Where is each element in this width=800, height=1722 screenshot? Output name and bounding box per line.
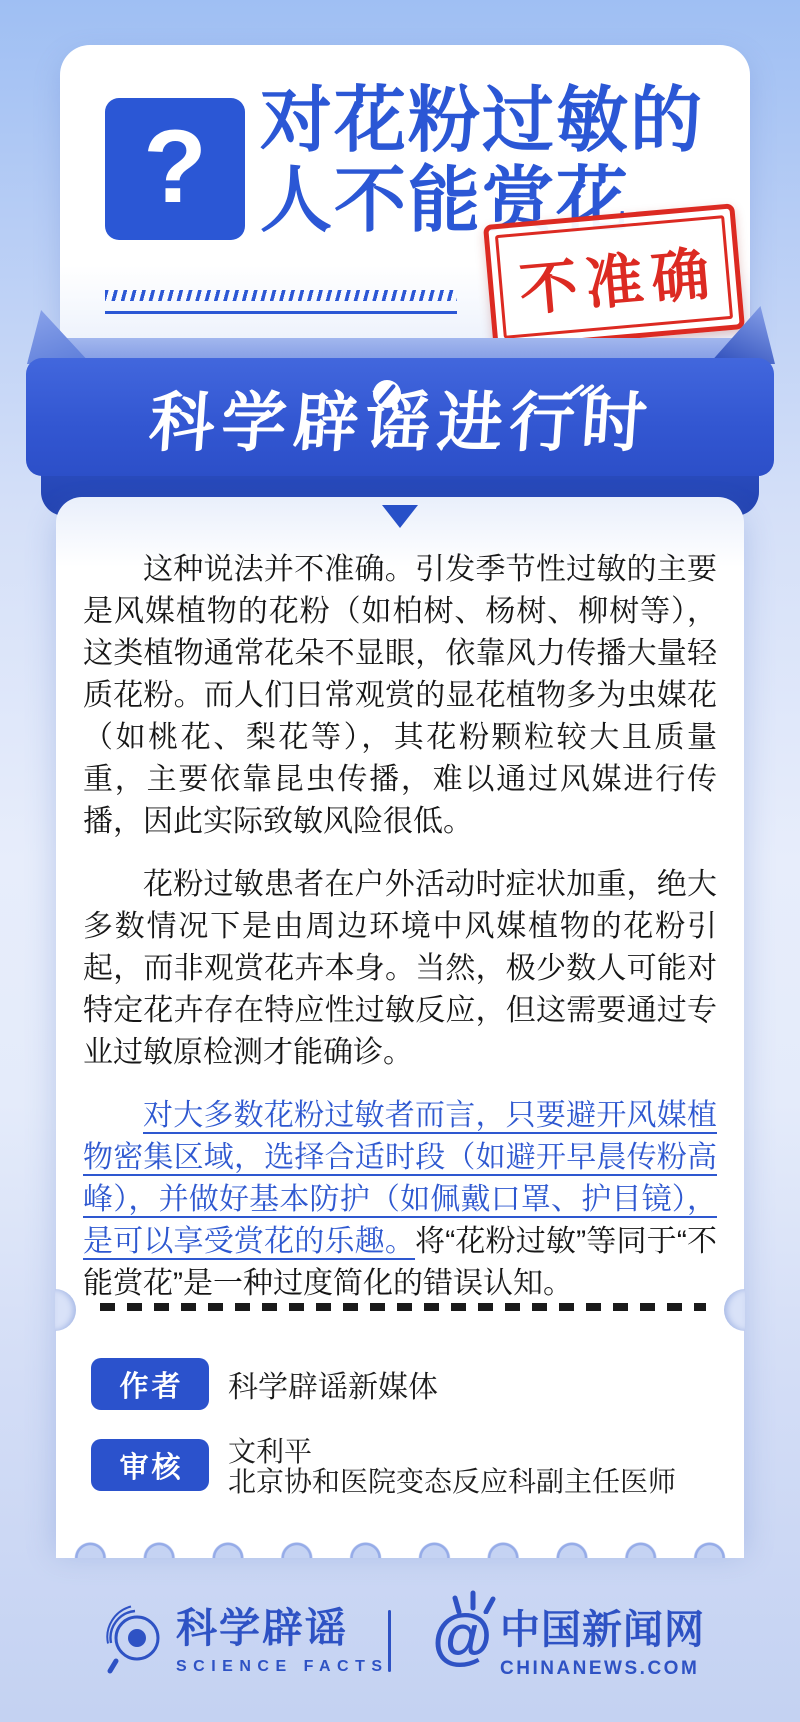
question-mark-icon: ? [105,98,245,240]
paragraph-1: 这种说法并不准确。引发季节性过敏的主要是风媒植物的花粉（如柏树、杨树、柳树等），… [83,549,717,843]
science-facts-en: SCIENCE FACTS [176,1658,389,1676]
footer-divider [388,1610,391,1672]
claim-title-line1: 对花粉过敏的 [260,81,704,161]
paragraph-2: 花粉过敏患者在户外活动时症状加重，绝大多数情况下是由周边环境中风媒植物的花粉引起… [83,864,717,1074]
right-perforation-notch [724,1289,745,1331]
reviewer-info: 文利平 北京协和医院变态反应科副主任医师 [228,1437,676,1497]
article-body: 这种说法并不准确。引发季节性过敏的主要是风媒植物的花粉（如柏树、杨树、柳树等），… [83,549,717,1326]
speed-marks-icon [575,382,599,399]
prohibition-icon [373,380,401,408]
section-banner: 科学辟谣进行时 [26,358,774,476]
science-facts-poster: ? 对花粉过敏的 人不能赏花 不准确 科学辟谣进行时 这种说法并不准确。引发季节… [0,0,800,1722]
left-perforation-notch [55,1289,76,1331]
solid-rule [105,311,457,314]
reviewer-name: 文利平 [228,1437,676,1467]
science-facts-logo-icon [102,1604,168,1681]
science-facts-logo-text: 科学辟谣 SCIENCE FACTS [176,1606,389,1676]
author-badge: 作者 [91,1358,209,1410]
hatched-rule [105,290,457,301]
paragraph-3: 对大多数花粉过敏者而言，只要避开风媒植物密集区域，选择合适时段（如避开早晨传粉高… [83,1095,717,1305]
perforated-bottom-edge [56,1540,744,1558]
reviewer-badge: 审核 [91,1439,209,1491]
chinanews-en: CHINANEWS.COM [500,1658,705,1680]
inaccurate-stamp: 不准确 [483,203,745,350]
question-glyph: ? [143,115,207,219]
author-value: 科学辟谣新媒体 [228,1358,438,1410]
at-glyph: @ [432,1602,492,1672]
science-facts-cn: 科学辟谣 [176,1606,389,1650]
dashed-divider [100,1303,706,1311]
chinanews-logo-text: 中国新闻网 CHINANEWS.COM [500,1608,705,1680]
reviewer-title: 北京协和医院变态反应科副主任医师 [228,1467,676,1497]
stamp-inner-border: 不准确 [495,215,733,339]
down-triangle-icon [382,505,418,528]
stamp-label: 不准确 [508,226,721,328]
chinanews-cn: 中国新闻网 [500,1608,705,1652]
content-card: 这种说法并不准确。引发季节性过敏的主要是风媒植物的花粉（如柏树、杨树、柳树等），… [56,497,744,1540]
chinanews-at-icon: @ [430,1590,500,1682]
